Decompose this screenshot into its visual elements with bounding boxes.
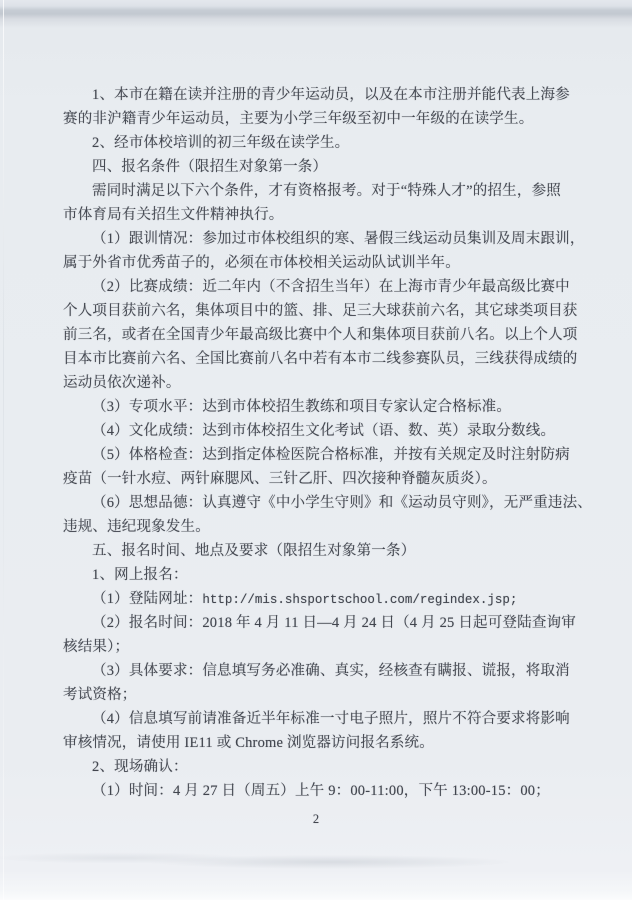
document-line: 2、现场确认： (63, 755, 575, 779)
document-line: （2）比赛成绩：近二年内（不含招生当年）在上海市青少年最高级比赛中 (63, 275, 575, 299)
document-line: （6）思想品德：认真遵守《中小学生守则》和《运动员守则》，无严重违法、 (63, 491, 575, 515)
line-text: 审核情况，请使用 IE11 或 Chrome 浏览器访问报名系统。 (63, 735, 434, 751)
document-line: （2）报名时间：2018 年 4 月 11 日—4 月 24 日（4 月 25 … (63, 611, 575, 635)
document-line: 赛的非沪籍青少年运动员，主要为小学三年级至初中一年级的在读学生。 (63, 107, 575, 131)
line-text: （2）比赛成绩：近二年内（不含招生当年）在上海市青少年最高级比赛中 (92, 279, 570, 295)
document-line: 1、本市在籍在读并注册的青少年运动员，以及在本市注册并能代表上海参 (63, 83, 575, 107)
document-line: 五、报名时间、地点及要求（限招生对象第一条） (63, 539, 575, 563)
line-text: 前三名，或者在全国青少年最高级比赛中个人和集体项目获前八名。以上个人项 (63, 327, 578, 343)
line-text: 运动员依次递补。 (63, 375, 181, 391)
line-text: 疫苗（一针水痘、两针麻腮风、三针乙肝、四次接种脊髓灰质炎）。 (63, 471, 497, 487)
document-line: 市体育局有关招生文件精神执行。 (63, 203, 575, 227)
url-text: http://mis.shsportschool.com/regindex.js… (202, 593, 517, 607)
document-line: 考试资格； (63, 683, 575, 707)
line-text: 需同时满足以下六个条件，才有资格报考。对于“特殊人才”的招生，参照 (92, 183, 561, 199)
line-text: 四、报名条件（限招生对象第一条） (92, 159, 327, 175)
document-line: （3）专项水平：达到市体校招生教练和项目专家认定合格标准。 (63, 395, 575, 419)
line-text: 1、网上报名： (92, 567, 188, 583)
line-text: 属于外省市优秀苗子的，必须在市体校相关运动队试训半年。 (63, 255, 460, 271)
line-text: （1）跟训情况：参加过市体校组织的寒、暑假三线运动员集训及周末跟训， (92, 231, 585, 247)
line-text: 个人项目获前六名，集体项目中的篮、排、足三大球获前六名，其它球类项目获 (63, 303, 578, 319)
document-line: 前三名，或者在全国青少年最高级比赛中个人和集体项目获前八名。以上个人项 (63, 323, 575, 347)
line-text: 目本市比赛前六名、全国比赛前八名中若有本市二线参赛队员，三线获得成绩的 (63, 351, 578, 367)
document-line: （5）体格检查：达到指定体检医院合格标准，并按有关规定及时注射防病 (63, 443, 575, 467)
document-line: （1）跟训情况：参加过市体校组织的寒、暑假三线运动员集训及周末跟训， (63, 227, 575, 251)
line-text: 市体育局有关招生文件精神执行。 (63, 207, 284, 223)
line-text: （4）信息填写前请准备近半年标准一寸电子照片，照片不符合要求将影响 (92, 711, 570, 727)
line-text: （2）报名时间：2018 年 4 月 11 日—4 月 24 日（4 月 25 … (92, 615, 576, 631)
document-line: 个人项目获前六名，集体项目中的篮、排、足三大球获前六名，其它球类项目获 (63, 299, 575, 323)
scanned-document-page: 1、本市在籍在读并注册的青少年运动员，以及在本市注册并能代表上海参赛的非沪籍青少… (0, 0, 632, 900)
document-line: 审核情况，请使用 IE11 或 Chrome 浏览器访问报名系统。 (63, 731, 575, 755)
line-text: （3）专项水平：达到市体校招生教练和项目专家认定合格标准。 (92, 399, 511, 415)
line-text: （5）体格检查：达到指定体检医院合格标准，并按有关规定及时注射防病 (92, 447, 570, 463)
document-line: （1）时间：4 月 27 日（周五）上午 9：00-11:00，下午 13:00… (63, 779, 575, 803)
document-line: 四、报名条件（限招生对象第一条） (63, 155, 575, 179)
document-line: 疫苗（一针水痘、两针麻腮风、三针乙肝、四次接种脊髓灰质炎）。 (63, 467, 575, 491)
document-line: 运动员依次递补。 (63, 371, 575, 395)
document-line: （4）文化成绩：达到市体校招生文化考试（语、数、英）录取分数线。 (63, 419, 575, 443)
document-line: （3）具体要求：信息填写务必准确、真实，经核查有瞒报、谎报，将取消 (63, 659, 575, 683)
line-text: （6）思想品德：认真遵守《中小学生守则》和《运动员守则》，无严重违法、 (92, 495, 592, 511)
line-text: 五、报名时间、地点及要求（限招生对象第一条） (92, 543, 415, 559)
document-line: 2、经市体校培训的初三年级在读学生。 (63, 131, 575, 155)
line-text: （1）登陆网址： (92, 591, 202, 607)
line-text: 2、经市体校培训的初三年级在读学生。 (92, 135, 349, 151)
line-text: 核结果）； (63, 639, 129, 655)
page-number: 2 (0, 812, 632, 827)
line-text: 2、现场确认： (92, 759, 188, 775)
line-text: 1、本市在籍在读并注册的青少年运动员，以及在本市注册并能代表上海参 (92, 87, 570, 103)
line-text: （3）具体要求：信息填写务必准确、真实，经核查有瞒报、谎报，将取消 (92, 663, 570, 679)
document-line: 目本市比赛前六名、全国比赛前八名中若有本市二线参赛队员，三线获得成绩的 (63, 347, 575, 371)
line-text: （4）文化成绩：达到市体校招生文化考试（语、数、英）录取分数线。 (92, 423, 555, 439)
scan-edge-line (3, 0, 4, 900)
line-text: 违规、违纪现象发生。 (63, 519, 210, 535)
document-line: 需同时满足以下六个条件，才有资格报考。对于“特殊人才”的招生，参照 (63, 179, 575, 203)
line-text: 考试资格； (63, 687, 137, 703)
line-text: 赛的非沪籍青少年运动员，主要为小学三年级至初中一年级的在读学生。 (63, 111, 533, 127)
document-line: （1）登陆网址：http://mis.shsportschool.com/reg… (63, 587, 575, 611)
document-line: 属于外省市优秀苗子的，必须在市体校相关运动队试训半年。 (63, 251, 575, 275)
document-line: 1、网上报名： (63, 563, 575, 587)
document-body: 1、本市在籍在读并注册的青少年运动员，以及在本市注册并能代表上海参赛的非沪籍青少… (63, 83, 575, 803)
document-line: （4）信息填写前请准备近半年标准一寸电子照片，照片不符合要求将影响 (63, 707, 575, 731)
document-line: 违规、违纪现象发生。 (63, 515, 575, 539)
line-text: （1）时间：4 月 27 日（周五）上午 9：00-11:00，下午 13:00… (92, 783, 550, 799)
document-line: 核结果）； (63, 635, 575, 659)
